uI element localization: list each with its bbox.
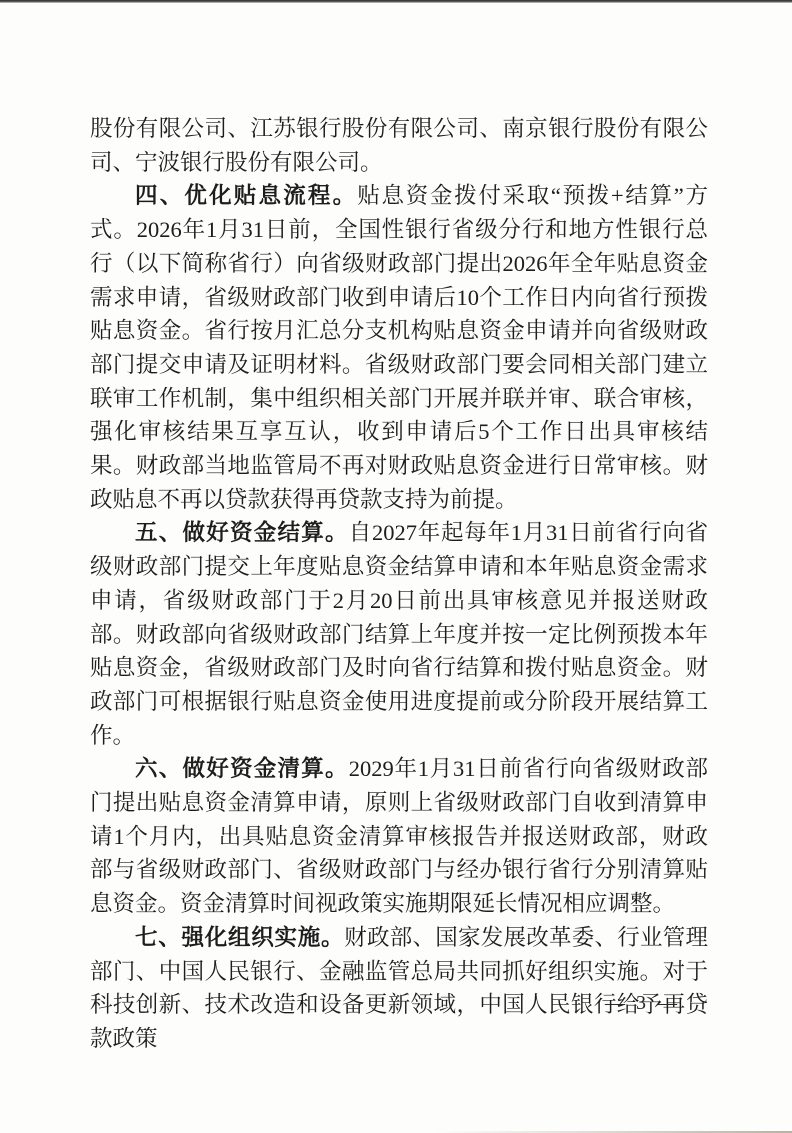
paragraph: 六、做好资金清算。2029年1月31日前省行向省级财政部门提出贴息资金清算申请，… bbox=[90, 752, 708, 921]
paragraph: 四、优化贴息流程。贴息资金拨付采取“预拨+结算”方式。2026年1月31日前，全… bbox=[90, 179, 708, 516]
section-heading: 五、做好资金结算。 bbox=[135, 520, 349, 545]
paragraph: 七、强化组织实施。财政部、国家发展改革委、行业管理部门、中国人民银行、金融监管总… bbox=[90, 921, 708, 1056]
page-number: — 3 — bbox=[605, 991, 680, 1015]
section-heading: 四、优化贴息流程。 bbox=[135, 183, 357, 208]
scanned-document-page: 股份有限公司、江苏银行股份有限公司、南京银行股份有限公司、宁波银行股份有限公司。… bbox=[0, 0, 792, 1133]
scan-top-edge bbox=[0, 0, 792, 3]
paragraph: 五、做好资金结算。自2027年起每年1月31日前省行向省级财政部门提交上年度贴息… bbox=[90, 516, 708, 752]
document-body: 股份有限公司、江苏银行股份有限公司、南京银行股份有限公司、宁波银行股份有限公司。… bbox=[90, 112, 708, 1056]
section-heading: 六、做好资金清算。 bbox=[135, 756, 349, 781]
paragraph-text: 股份有限公司、江苏银行股份有限公司、南京银行股份有限公司、宁波银行股份有限公司。 bbox=[90, 116, 708, 175]
paragraph: 股份有限公司、江苏银行股份有限公司、南京银行股份有限公司、宁波银行股份有限公司。 bbox=[90, 112, 708, 179]
paragraph-text: 贴息资金拨付采取“预拨+结算”方式。2026年1月31日前，全国性银行省级分行和… bbox=[90, 183, 708, 511]
section-heading: 七、强化组织实施。 bbox=[135, 925, 344, 950]
paragraph-text: 自2027年起每年1月31日前省行向省级财政部门提交上年度贴息资金结算申请和本年… bbox=[90, 520, 708, 747]
